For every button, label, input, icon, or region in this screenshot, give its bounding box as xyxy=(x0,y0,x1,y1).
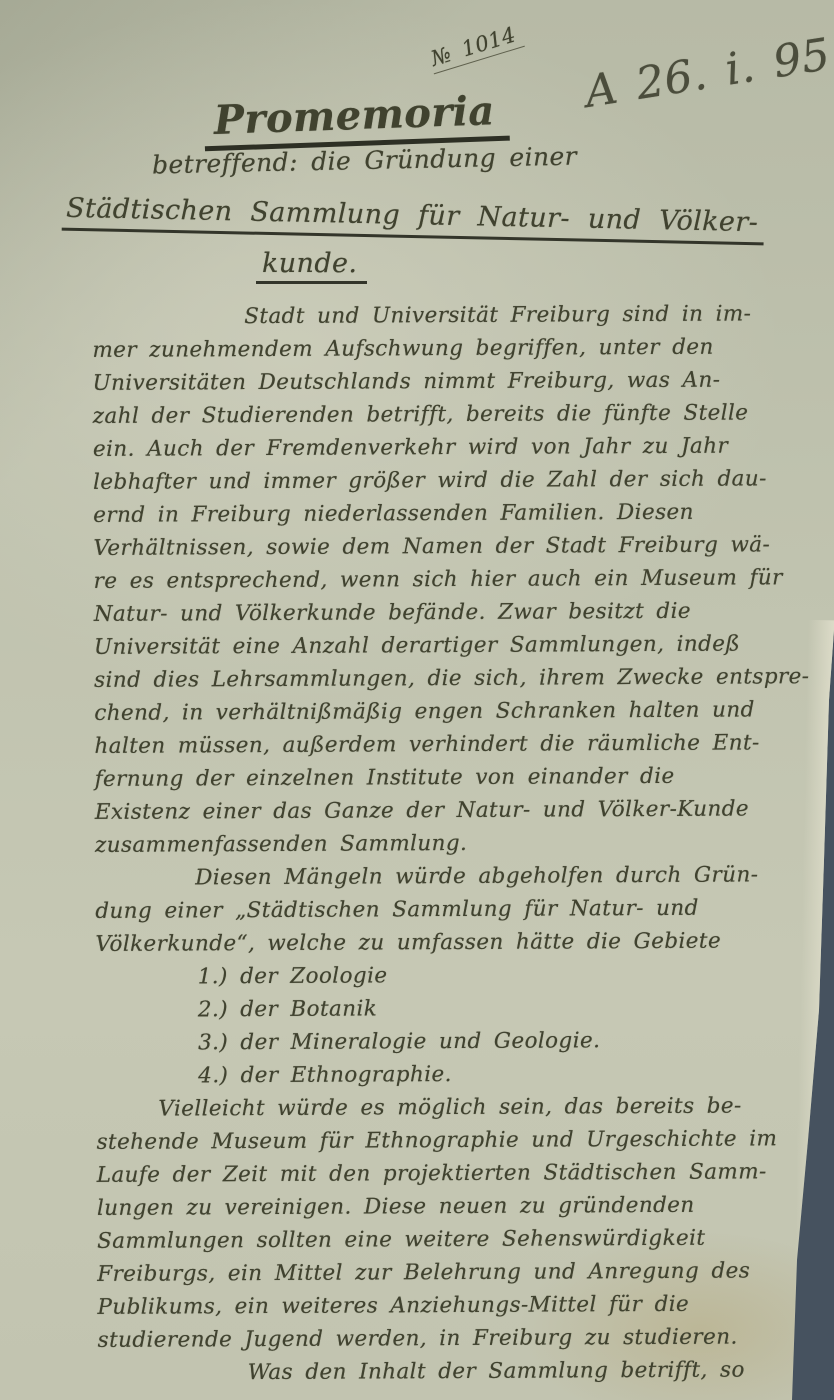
manuscript-line: 2.) der Botanik xyxy=(198,990,818,1026)
closing-line: Was den Inhalt der Sammlung betrifft, so xyxy=(98,1353,820,1390)
paragraph-1: Stadt und Universität Freiburg sind in i… xyxy=(92,297,817,862)
manuscript-line: ein. Auch der Fremdenverkehr wird von Ja… xyxy=(93,429,815,466)
manuscript-line: Natur- und Völkerkunde befände. Zwar bes… xyxy=(94,594,816,631)
manuscript-line: 4.) der Ethnographie. xyxy=(198,1056,818,1092)
subject-heading-line2: kunde. xyxy=(256,248,367,284)
manuscript-line: lebhafter und immer größer wird die Zahl… xyxy=(93,462,815,499)
archival-photo: { "page": { "registry_no": "№ 1014", "fi… xyxy=(0,0,834,1400)
manuscript-line: Universitäten Deutschlands nimmt Freibur… xyxy=(92,363,814,400)
manuscript-line: zusammenfassenden Sammlung. xyxy=(95,825,817,862)
manuscript-line: Existenz einer das Ganze der Natur- und … xyxy=(95,792,817,829)
manuscript-line: sind dies Lehrsammlungen, die sich, ihre… xyxy=(94,660,816,697)
manuscript-line: ernd in Freiburg niederlassenden Familie… xyxy=(93,495,815,532)
manuscript-line: mer zunehmendem Aufschwung begriffen, un… xyxy=(92,330,814,367)
manuscript-line: stehende Museum für Ethnographie und Urg… xyxy=(96,1122,818,1159)
manuscript-line: Publikums, ein weiteres Anziehungs-Mitte… xyxy=(97,1287,819,1324)
manuscript-line: Verhältnissen, sowie dem Namen der Stadt… xyxy=(93,528,815,565)
subject-areas-list: 1.) der Zoologie2.) der Botanik3.) der M… xyxy=(96,957,819,1093)
manuscript-line: 1.) der Zoologie xyxy=(198,957,818,993)
manuscript-line: Stadt und Universität Freiburg sind in i… xyxy=(92,297,814,334)
manuscript-line: 3.) der Mineralogie und Geologie. xyxy=(198,1023,818,1059)
manuscript-line: Was den Inhalt der Sammlung betrifft, so xyxy=(98,1353,820,1390)
filing-note: A 26. i. 95 xyxy=(582,29,834,118)
manuscript-line: zahl der Studierenden betrifft, bereits … xyxy=(93,396,815,433)
manuscript-line: Freiburgs, ein Mittel zur Belehrung und … xyxy=(97,1254,819,1291)
manuscript-line: fernung der einzelnen Institute von eina… xyxy=(95,759,817,796)
paragraph-2: Diesen Mängeln würde abgeholfen durch Gr… xyxy=(95,858,818,961)
page-title: Promemoria xyxy=(203,87,509,152)
manuscript-line: Völkerkunde“, welche zu umfassen hätte d… xyxy=(95,924,817,961)
manuscript-line: Universität eine Anzahl derartiger Samml… xyxy=(94,627,816,664)
manuscript-line: studierende Jugend werden, in Freiburg z… xyxy=(98,1320,820,1357)
manuscript-line: halten müssen, außerdem verhindert die r… xyxy=(94,726,816,763)
manuscript-line: Laufe der Zeit mit den projektierten Stä… xyxy=(97,1155,819,1192)
subject-heading-line1: Städtischen Sammlung für Natur- und Völk… xyxy=(62,193,765,246)
manuscript-line: Vielleicht würde es möglich sein, das be… xyxy=(96,1089,818,1126)
paragraph-3: Vielleicht würde es möglich sein, das be… xyxy=(96,1089,819,1357)
manuscript-body: Stadt und Universität Freiburg sind in i… xyxy=(92,297,820,1390)
manuscript-line: dung einer „Städtischen Sammlung für Nat… xyxy=(95,891,817,928)
manuscript-line: lungen zu vereinigen. Diese neuen zu grü… xyxy=(97,1188,819,1225)
manuscript-line: re es entsprechend, wenn sich hier auch … xyxy=(94,561,816,598)
manuscript-page: № 1014 A 26. i. 95 Promemoria betreffend… xyxy=(0,0,834,1400)
registry-number: № 1014 xyxy=(426,21,525,75)
manuscript-line: chend, in verhältnißmäßig engen Schranke… xyxy=(94,693,816,730)
manuscript-line: Diesen Mängeln würde abgeholfen durch Gr… xyxy=(95,858,817,895)
manuscript-line: Sammlungen sollten eine weitere Sehenswü… xyxy=(97,1221,819,1258)
